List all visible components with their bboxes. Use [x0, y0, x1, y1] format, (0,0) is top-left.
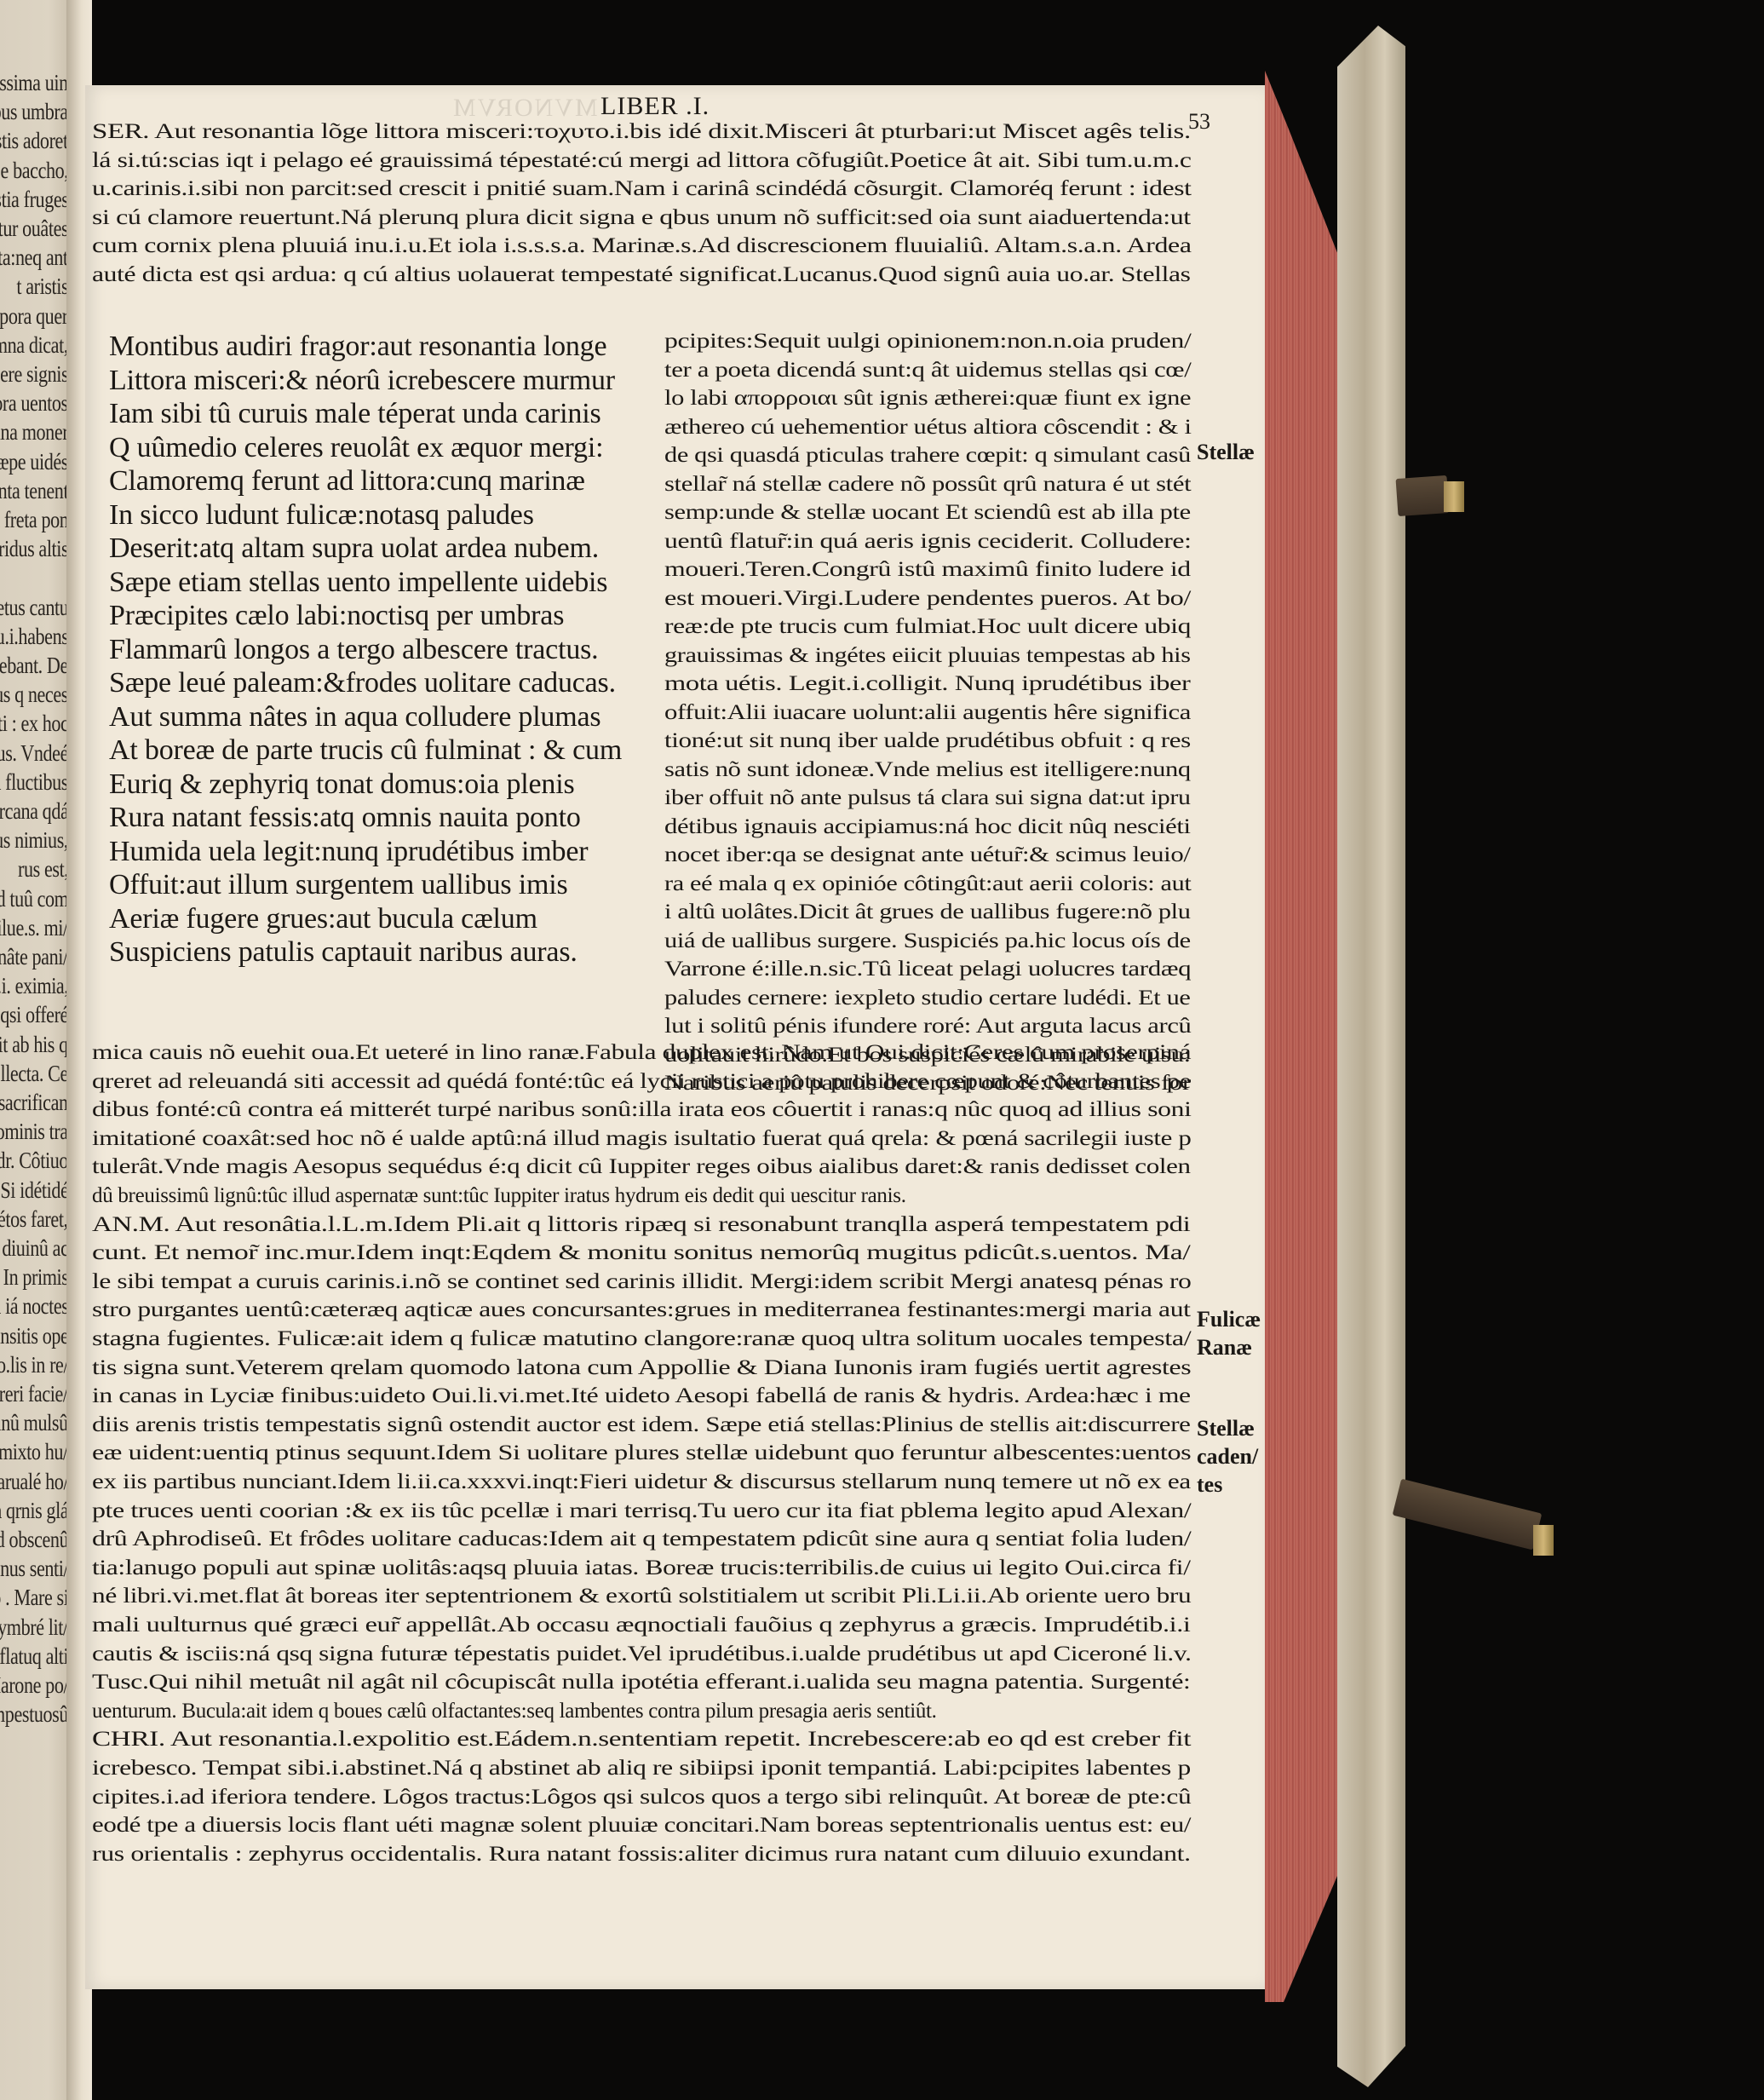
left-page-text-fragment: ri sacrifican [0, 1090, 68, 1116]
commentary-line: drû Aphrodiseû. Et frôdes uolitare caduc… [92, 1528, 1191, 1550]
left-facing-page: molissima uinotibus umbragrestis adorete… [0, 0, 70, 2100]
commentary-line: semp:unde & stellæ uocant Et sciendû est… [664, 502, 1191, 523]
commentary-line: mica cauis nõ euehit oua.Et ueteré in li… [92, 1042, 1191, 1063]
commentary-line: CHRI. Aut resonantia.l.expolitio est.Eád… [92, 1729, 1191, 1750]
left-page-text-fragment: Marone po/ [0, 1672, 68, 1699]
commentary-line: moueri.Teren.Congrû istû maximû finito l… [664, 559, 1191, 580]
commentary-line: cunt. Et nemor̃ inc.mur.Idem inqt:Eqdem … [92, 1242, 1190, 1263]
left-page-text-fragment: molissima uin [0, 70, 68, 96]
marginal-note: Stellæ [1197, 439, 1255, 467]
left-page-text-fragment: otibus umbra [0, 99, 68, 125]
left-page-text-fragment: gnâte pani/ [0, 944, 68, 970]
left-page-text-fragment: l sæpe uidés [0, 449, 68, 475]
commentary-line: uenturum. Bucula:ait idem q boues cælû o… [92, 1700, 937, 1722]
verse-line: Aut summa nâtes in aqua colludere plumas [109, 703, 600, 732]
commentary-line: icrebesco. Tempat sibi.i.abstinet.Ná q a… [92, 1758, 1191, 1779]
verse-line: Rura natant fessis:atq omnis nauita pont… [109, 803, 581, 832]
commentary-line: rus orientalis : zephyrus occidentalis. … [92, 1844, 1191, 1865]
verse-line: Euriq & zephyriq tonat domus:oia plenis [109, 770, 575, 799]
verse-line: Littora misceri:& néorû icrebescere murm… [109, 366, 615, 395]
commentary-line: iber offuit nõ ante pulsus tá clara sui … [664, 787, 1191, 808]
commentary-line: uentû flatur̃:in quá aeris ignis cecider… [664, 531, 1192, 552]
left-page-text-fragment: rmna dicat, [0, 332, 68, 359]
commentary-line: tis signa sunt.Veterem qrelam quomodo la… [92, 1357, 1191, 1378]
commentary-line: de qsi quasdá pticulas trahere cœpit: q … [664, 445, 1191, 466]
marginal-note: Fulicæ [1197, 1306, 1261, 1334]
marginal-note: tes [1197, 1471, 1222, 1499]
left-page-text-fragment: hymbré lit/ [0, 1614, 68, 1641]
commentary-line: mota uétis. Legit.i.colligit. Nunq iprud… [664, 673, 1190, 694]
commentary-line: si cú clamore reuertunt.Ná plerunq plura… [92, 207, 1191, 228]
left-page-text-fragment: ecta:neq ant [0, 245, 68, 271]
left-page-text-fragment: dilue.s. mi/ [0, 915, 68, 941]
left-page-text-fragment: t uenti : ex hoc [0, 711, 68, 737]
commentary-line: auté dicta est qsi ardua: q cú altius uo… [92, 264, 1191, 285]
commentary-line: cum cornix plena pluuiá inu.i.u.Et iola … [92, 235, 1192, 256]
commentary-line: pcipites:Sequit uulgi opinionem:non.n.oi… [664, 331, 1191, 352]
commentary-line: ra eé mala q ex opinióe côtingût:aut aer… [664, 873, 1191, 895]
commentary-line: ter a poeta dicendá sunt:q ât uidemus st… [664, 360, 1191, 381]
commentary-line: offuit:Alii iuacare uolunt:alii augentis… [664, 702, 1191, 723]
commentary-line: Tusc.Qui nihil metuât nil agât nil côcup… [92, 1671, 1190, 1693]
commentary-line: SER. Aut resonantia lõge littora misceri… [92, 121, 1191, 142]
commentary-line: Varrone é:ille.n.sic.Tû liceat pelagi uo… [664, 958, 1191, 980]
commentary-line: satis nõ sunt idoneæ.Vnde melius est ite… [664, 759, 1191, 780]
left-page-text-fragment: t aristis [16, 273, 68, 300]
left-page-text-fragment: dmixto hu/ [0, 1439, 68, 1465]
commentary-line: reæ:de pte trucis cum fulmiat.Hoc uult d… [664, 616, 1191, 637]
commentary-line: i altû uolâtes.Dicit ât grues de uallibu… [664, 901, 1191, 923]
verse-line: Montibus audiri fragor:aut resonantia lo… [109, 332, 606, 361]
left-page-text-fragment: cit.Si idétidé [0, 1177, 68, 1204]
marginal-note: Ranæ [1197, 1334, 1252, 1362]
show-through-running-head: MVNORVM [451, 94, 598, 123]
verse-line: Clamoremq ferunt ad littora:cunq marinæ [109, 467, 585, 496]
marginal-note: caden/ [1197, 1443, 1258, 1471]
left-page-text-fragment: ntia iá noctes [0, 1293, 68, 1320]
commentary-line: diis arenis tristis tempestatis signû os… [92, 1414, 1191, 1435]
commentary-line: tulerât.Vnde magis Aesopus sequédus é:q … [92, 1156, 1191, 1177]
left-page-text-fragment: ridus altis [0, 536, 68, 562]
left-page-text-fragment: .i. eximia, [0, 973, 68, 999]
verse-line: In sicco ludunt fulicæ:notasq paludes [109, 501, 534, 530]
commentary-line: æthereo cú uehementior uétus altiora côs… [664, 417, 1192, 438]
verse-line: Q uûmedio celeres reuolât ex æquor mergi… [109, 434, 603, 463]
left-page-text-fragment: ut freta pon [0, 507, 68, 533]
left-page-text-fragment: ircu.i.habens [0, 624, 68, 650]
commentary-line: tia:lanugo populi aut spinæ uolitâs:aqsq… [92, 1557, 1191, 1579]
left-page-text-fragment: atio . Mare si [0, 1585, 68, 1611]
commentary-line: est moueri.Virgi.Ludere pendentes pueros… [664, 588, 1191, 609]
left-page-text-fragment: cere signis [0, 361, 68, 388]
commentary-line: AN.M. Aut resonâtia.l.L.m.Idem Pli.ait q… [92, 1214, 1190, 1235]
left-page-text-fragment: grestis adoret [0, 128, 68, 154]
commentary-line: uiá de uallibus surgere. Suspiciés pa.hi… [664, 930, 1191, 952]
verse-line: Sæpe leué paleam:&frodes uolitare caduca… [109, 669, 616, 698]
left-page-text-fragment: it : flatuq alti [0, 1643, 68, 1670]
left-page-text-fragment: d tuû com [0, 886, 68, 912]
commentary-line: ex iis partibus nunciant.Idem li.ii.ca.x… [92, 1471, 1191, 1493]
commentary-line: stellar̃ ná stellæ cadere nõ possût qrû … [664, 474, 1191, 495]
left-page-text-fragment: mpestuosû [0, 1701, 68, 1728]
verse-line: Iam sibi tû curuis male téperat unda car… [109, 400, 601, 429]
commentary-line: cautis & isciis:ná qsq signa futuræ tépe… [92, 1643, 1192, 1665]
left-page-text-fragment: luna moner [0, 419, 68, 446]
commentary-line: qreret ad releuandá siti accessit ad qué… [92, 1071, 1191, 1092]
left-page-text-fragment: igora uentos [0, 390, 68, 417]
commentary-line: imitationé coaxât:sed hoc nõ é ualde apt… [92, 1128, 1191, 1149]
left-page-text-fragment: t hostia fruges [0, 187, 68, 213]
dark-backdrop-top [70, 0, 1271, 85]
commentary-line: dibus fonté:cû contra eá mitterét turpé … [92, 1099, 1192, 1120]
commentary-line: le sibi tempat a curuis carinis.i.nõ se … [92, 1271, 1191, 1292]
running-head: LIBER .I. [600, 92, 710, 121]
verse-line: Præcipites cælo labi:noctisq per umbras [109, 601, 564, 630]
left-page-text-fragment: dus nimius, [0, 827, 68, 854]
commentary-line: in canas in Lyciæ finibus:uideto Oui.li.… [92, 1385, 1191, 1407]
left-page-text-fragment: ollecta. Ce [0, 1061, 68, 1087]
left-page-text-fragment: escebant. De [0, 653, 68, 679]
commentary-line: lo labi απορροιαι sût ignis ætherei:quæ … [664, 388, 1191, 409]
left-page-text-fragment: e qsi offeré [0, 1002, 68, 1028]
lower-clasp-strap [1393, 1479, 1543, 1551]
left-page-text-fragment: Cereri facie/ [0, 1381, 68, 1407]
upper-clasp-brass-tip [1444, 481, 1464, 512]
left-page-text-fragment: is arcana qdá [0, 798, 68, 825]
commentary-line: stagna fugientes. Fulicæ:ait idem q fuli… [92, 1328, 1191, 1349]
marginal-note: Stellæ [1197, 1415, 1255, 1443]
verse-line: Flammarû longos a tergo albescere tractu… [109, 636, 598, 665]
left-page-text-fragment: nisi diuinû ac [0, 1235, 68, 1262]
upper-clasp-strap [1396, 475, 1450, 516]
left-page-text-fragment: nominis tra [0, 1119, 68, 1145]
vellum-binding [1337, 26, 1405, 2087]
commentary-line: u.carinis.i.sibi non parcit:sed crescit … [92, 178, 1192, 199]
commentary-line: mali uulturnus qué græci eur̃ appellât.A… [92, 1614, 1191, 1636]
commentary-line: nocet iber:qa se designat ante uétur̃:& … [664, 844, 1191, 866]
commentary-line: eodé tpe a diuersis locis flant uéti mag… [92, 1815, 1191, 1836]
verse-line: Aeriæ fugere grues:aut bucula cælum [109, 905, 537, 934]
left-page-text-fragment: e baccho, [0, 158, 68, 184]
verse-line: Humida uela legit:nunq iprudétibus imber [109, 837, 588, 866]
left-page-text-fragment: mpora quer [0, 303, 68, 330]
left-page-text-fragment: barualé ho/ [0, 1469, 68, 1495]
commentary-line: lut i solitû pénis ifundere roré: Aut ar… [664, 1015, 1192, 1037]
commentary-line: lá si.tú:scias iqt i pelago eé grauissim… [92, 150, 1192, 171]
right-page: MVNORVM LIBER .I. 53 SER. Aut resonantia… [85, 85, 1265, 1989]
left-page-text-fragment: ntibus. Vndeé [0, 740, 68, 767]
left-page-text-fragment: rus est, [18, 856, 68, 883]
left-page-text-fragment: acro.lis in re/ [0, 1352, 68, 1378]
left-page-text-fragment: ntius q neces [0, 682, 68, 708]
folio-number: 53 [1188, 109, 1210, 135]
commentary-line: pte truces uenti coorian :& ex iis tûc p… [92, 1500, 1191, 1522]
left-page-text-fragment: ti a qrnis glá [0, 1498, 68, 1524]
verse-line: Offuit:aut illum surgentem uallibus imis [109, 871, 568, 900]
left-page-text-fragment: ittétur ouâtes [0, 216, 68, 242]
left-page-text-fragment: dr. Côtiuo [0, 1148, 68, 1174]
left-page-text-fragment: rit ab his q [0, 1032, 68, 1058]
commentary-line: paludes cernere: iexpleto studio certare… [664, 987, 1191, 1009]
verse-line: Suspiciens patulis captauit naribus aura… [109, 938, 577, 967]
left-page-text-fragment: e uétos faret, [0, 1206, 68, 1233]
left-page-text-fragment: nt a fluctibus [0, 769, 68, 796]
left-page-text-fragment: uid obscenû [0, 1527, 68, 1553]
verse-line: At boreæ de parte trucis cû fulminat : &… [109, 736, 622, 765]
commentary-line: tioné:ut sit nunq iber ualde prudétibus … [664, 730, 1191, 751]
left-page-text-fragment: é cœtus cantu [0, 595, 68, 621]
left-page-text-fragment: uinû mulsû [0, 1410, 68, 1436]
lower-clasp-brass-tip [1533, 1525, 1554, 1556]
verse-line: Deserit:atq altam supra uolat ardea nube… [109, 534, 599, 563]
left-page-text-fragment: toné In primis [0, 1264, 68, 1291]
left-page-text-fragment: dear insitis ope [0, 1323, 68, 1349]
left-page-text-fragment: enta tenent [0, 478, 68, 504]
commentary-line: dû breuissimû lignû:tûc illud aspernatæ … [92, 1185, 906, 1206]
commentary-line: stro purgantes uentû:cæteræq aqticæ aues… [92, 1299, 1191, 1320]
commentary-line: cipites.i.ad iferiora tendere. Lôgos tra… [92, 1786, 1191, 1808]
commentary-line: eæ uident:uentiq ptinus sequunt.Idem Si … [92, 1442, 1191, 1464]
commentary-line: grauissimas & ingétes eiicit pluuias tem… [664, 645, 1191, 666]
verse-line: Sæpe etiam stellas uento impellente uide… [109, 568, 607, 597]
commentary-line: détibus ignauis accipiamus:ná hoc dicit … [664, 816, 1191, 837]
commentary-line: né libri.vi.met.flat ât boreas iter sept… [92, 1585, 1191, 1607]
left-page-text-fragment: lianus senti/ [0, 1556, 68, 1582]
